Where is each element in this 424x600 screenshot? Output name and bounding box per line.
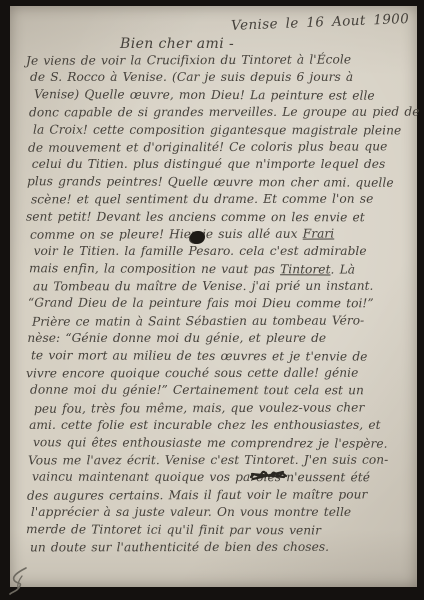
letter-line: celui du Titien. plus distingué que n'im… <box>32 156 415 173</box>
letter-line: donc capable de si grandes merveilles. L… <box>29 104 415 122</box>
letter-line: voir le Titien. la famille Pesaro. cela … <box>34 243 415 260</box>
letter-line: nèse: “Génie donne moi du génie, et pleu… <box>27 330 415 347</box>
pencil-mark <box>8 566 30 596</box>
letter-line: mais enfin, la composition ne vaut pas T… <box>29 260 415 279</box>
letter-line: comme on se pleure! Hier je suis allé au… <box>30 225 415 244</box>
letter-line: de mouvement et d'originalité! Ce colori… <box>28 138 415 157</box>
letter-line: vivre encore quoique couché sous cette d… <box>26 365 415 383</box>
letter-line: Venise) Quelle œuvre, mon Dieu! La peint… <box>34 86 415 105</box>
letter-line: scène! et quel sentiment du drame. Et co… <box>31 191 415 209</box>
letter-line: donne moi du génie!” Certainement tout c… <box>30 382 415 400</box>
crossed-out-word <box>250 468 288 482</box>
letter-line: te voir mort au milieu de tes œuvres et … <box>31 347 415 366</box>
letter-line: Vous me l'avez écrit. Venise c'est Tinto… <box>28 452 415 470</box>
letter-line: vaincu maintenant quoique vos paroles n'… <box>32 469 415 487</box>
letter-line: plus grands peintres! Quelle œuvre mon c… <box>27 173 415 192</box>
letter-line: l'apprécier à sa juste valeur. On vous m… <box>31 504 415 521</box>
letter-paper: Venise le 16 Aout 1900 Bien cher ami - J… <box>10 6 417 587</box>
salutation: Bien cher ami - <box>120 36 234 52</box>
letter-line: Prière ce matin à Saint Sébastien au tom… <box>32 312 415 331</box>
letter-line: vous qui êtes enthousiaste me comprendre… <box>33 434 415 453</box>
letter-line: un doute sur l'authenticité de bien des … <box>30 539 415 557</box>
letter-line: “Grand Dieu de la peinture fais moi Dieu… <box>28 295 415 313</box>
letter-line: sent petit! Devant les anciens comme on … <box>26 208 415 226</box>
letter-line: la Croix! cette composition gigantesque … <box>33 121 415 139</box>
letter-line: Je viens de voir la Crucifixion du Tinto… <box>26 51 415 70</box>
letter-line: des augures certains. Mais il faut voir … <box>27 486 415 505</box>
letter-body: Je viens de voir la Crucifixion du Tinto… <box>30 52 415 556</box>
dateline: Venise le 16 Aout 1900 <box>231 11 410 34</box>
letter-photo: Venise le 16 Aout 1900 Bien cher ami - J… <box>0 0 424 600</box>
letter-line: peu fou, très fou même, mais, que voulez… <box>34 399 415 418</box>
letter-line: de S. Rocco à Venise. (Car je suis depui… <box>30 69 415 86</box>
letter-line: merde de Tintoret ici qu'il finit par vo… <box>26 521 415 540</box>
letter-line: ami. cette folie est incurable chez les … <box>29 417 415 434</box>
letter-line: au Tombeau du maître de Venise. j'ai pri… <box>33 278 415 296</box>
